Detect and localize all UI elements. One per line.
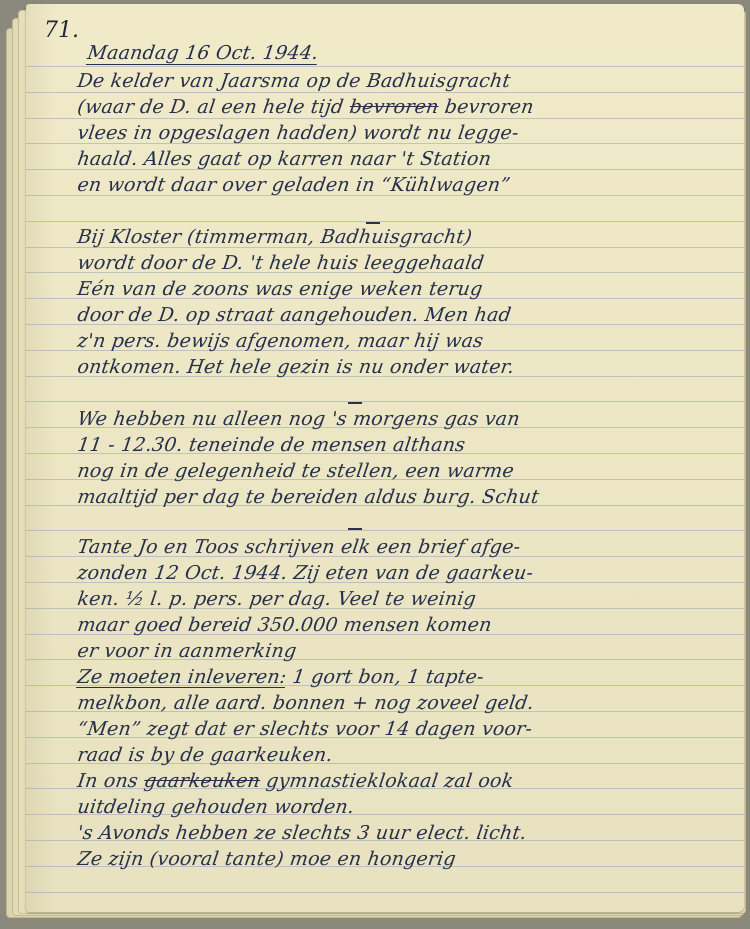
text-line: Bij Kloster (timmerman, Badhuisgracht) <box>76 226 727 248</box>
struck-word: gaarkeuken <box>143 770 262 792</box>
text-span: bevroren <box>437 96 535 118</box>
text-line: en wordt daar over geladen in “Kühlwagen… <box>76 174 727 196</box>
struck-word: bevroren <box>348 96 440 118</box>
text-span: In ons <box>76 770 146 792</box>
text-line: Ze zijn (vooral tante) moe en hongerig <box>76 848 727 870</box>
text-line: melkbon, alle aard. bonnen + nog zoveel … <box>76 692 727 714</box>
section-separator <box>348 528 362 530</box>
page-number: 71. <box>44 18 79 43</box>
text-line: Eén van de zoons was enige weken terug <box>76 278 727 300</box>
section-separator <box>348 402 362 404</box>
text-line: er voor in aanmerking <box>76 640 727 662</box>
text-line: ontkomen. Het hele gezin is nu onder wat… <box>76 356 727 378</box>
text-line: wordt door de D. 't hele huis leeggehaal… <box>76 252 727 274</box>
ruled-line <box>26 401 744 402</box>
text-span: 1 gort bon, 1 tapte- <box>285 666 485 688</box>
entry-date-heading: Maandag 16 Oct. 1944. <box>86 42 727 64</box>
text-line: 11 - 12.30. teneinde de mensen althans <box>76 434 727 456</box>
text-line: zonden 12 Oct. 1944. Zij eten van de gaa… <box>76 562 727 584</box>
text-line: vlees in opgeslagen hadden) wordt nu leg… <box>76 122 727 144</box>
section-separator <box>366 222 380 224</box>
text-line: nog in de gelegenheid te stellen, een wa… <box>76 460 727 482</box>
ruled-line <box>26 221 744 222</box>
text-span: gymnastieklokaal zal ook <box>259 770 515 792</box>
ruled-line <box>26 92 744 93</box>
text-line: ken. ½ l. p. pers. per dag. Veel te wein… <box>76 588 727 610</box>
ruled-line <box>26 892 744 893</box>
text-line: Tante Jo en Toos schrijven elk een brief… <box>76 536 727 558</box>
text-line: uitdeling gehouden worden. <box>76 796 727 818</box>
text-line: We hebben nu alleen nog 's morgens gas v… <box>76 408 727 430</box>
text-span: (waar de D. al een hele tijd <box>76 96 351 118</box>
text-line: maaltijd per dag te bereiden aldus burg.… <box>76 486 727 508</box>
text-line: (waar de D. al een hele tijd bevroren be… <box>76 96 727 118</box>
ruled-line <box>26 66 744 67</box>
text-line: haald. Alles gaat op karren naar 't Stat… <box>76 148 727 170</box>
text-line: Ze moeten inleveren: 1 gort bon, 1 tapte… <box>76 666 727 688</box>
underlined-phrase: Ze moeten inleveren: <box>76 666 288 688</box>
text-line: De kelder van Jaarsma op de Badhuisgrach… <box>76 70 727 92</box>
text-line: raad is by de gaarkeuken. <box>76 744 727 766</box>
ruled-line <box>26 530 744 531</box>
ruled-line <box>26 118 744 119</box>
text-line: “Men” zegt dat er slechts voor 14 dagen … <box>76 718 727 740</box>
text-line: 's Avonds hebben ze slechts 3 uur elect.… <box>76 822 727 844</box>
text-line: door de D. op straat aangehouden. Men ha… <box>76 304 727 326</box>
text-line: maar goed bereid 350.000 mensen komen <box>76 614 727 636</box>
diary-page: 71. Maandag 16 Oct. 1944. De kelder van … <box>26 4 744 912</box>
text-line: In ons gaarkeuken gymnastieklokaal zal o… <box>76 770 727 792</box>
text-line: z'n pers. bewijs afgenomen, maar hij was <box>76 330 727 352</box>
